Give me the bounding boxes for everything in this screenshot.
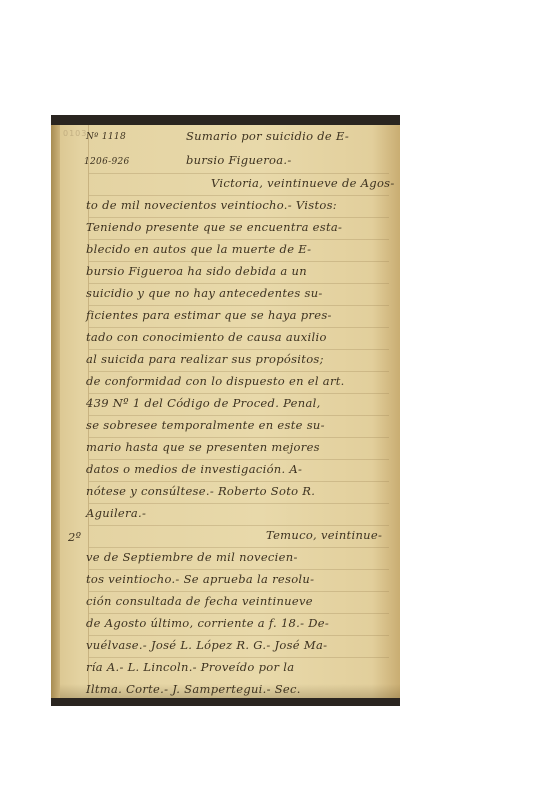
ruled-line <box>89 217 389 218</box>
body-line: mario hasta que se presenten mejores <box>86 440 320 454</box>
body-line: nótese y consúltese.- Roberto Soto R. <box>86 484 315 498</box>
page-binding-edge <box>51 125 60 698</box>
heading-line: Sumario por suicidio de E- <box>186 129 349 143</box>
ruled-line <box>89 327 389 328</box>
ruled-line <box>89 635 389 636</box>
second-entry-line: ría A.- L. Lincoln.- Proveído por la <box>86 660 294 674</box>
body-line: de conformidad con lo dispuesto en el ar… <box>86 374 345 388</box>
ruled-line <box>89 415 389 416</box>
ruled-line <box>89 195 389 196</box>
body-line: al suicida para realizar sus propósitos; <box>86 352 324 366</box>
ruled-line <box>89 657 389 658</box>
heading-line: bursio Figueroa.- <box>186 153 292 167</box>
ruled-line <box>89 283 389 284</box>
body-line: datos o medios de investigación. A- <box>86 462 302 476</box>
body-line: blecido en autos que la muerte de E- <box>86 242 311 256</box>
archive-stamp: 0103 <box>63 129 87 138</box>
body-line: se sobresee temporalmente en este su- <box>86 418 325 432</box>
ruled-line <box>89 503 389 504</box>
body-line: Teniendo presente que se encuentra esta- <box>86 220 342 234</box>
second-entry-line: tos veintiocho.- Se aprueba la resolu- <box>86 572 314 586</box>
body-line: Aguilera.- <box>86 506 146 520</box>
ruled-line <box>89 481 389 482</box>
file-reference: 1206-926 <box>84 157 130 167</box>
ruled-line <box>89 591 389 592</box>
ruled-line <box>89 305 389 306</box>
ruled-line <box>89 613 389 614</box>
body-line: ficientes para estimar que se haya pres- <box>86 308 332 322</box>
body-line: 439 Nº 1 del Código de Proced. Penal, <box>86 396 321 410</box>
ruled-line <box>89 239 389 240</box>
ruled-line <box>89 547 389 548</box>
body-line: Victoria, veintinueve de Agos- <box>211 176 395 190</box>
second-entry-line: vuélvase.- José L. López R. G.- José Ma- <box>86 638 327 652</box>
body-line: to de mil novecientos veintiocho.- Visto… <box>86 198 337 212</box>
ruled-line <box>89 173 389 174</box>
body-line: tado con conocimiento de causa auxilio <box>86 330 327 344</box>
ruled-line <box>89 525 389 526</box>
second-entry-marker: 2º <box>68 530 81 544</box>
ruled-line <box>89 349 389 350</box>
ruled-line <box>89 569 389 570</box>
body-line: bursio Figueroa ha sido debida a un <box>86 264 307 278</box>
second-entry-line: Temuco, veintinue- <box>266 528 382 542</box>
second-entry-line: Iltma. Corte.- J. Sampertegui.- Sec. <box>86 682 301 696</box>
document-photo: 0103 Nº 1118 1206-926 Sumario por suicid… <box>51 115 400 706</box>
ruled-line <box>89 437 389 438</box>
ruled-line <box>89 371 389 372</box>
second-entry-line: de Agosto último, corriente a f. 18.- De… <box>86 616 329 630</box>
entry-number: Nº 1118 <box>86 132 126 142</box>
ruled-line <box>89 393 389 394</box>
ruled-line <box>89 261 389 262</box>
second-entry-line: ción consultada de fecha veintinueve <box>86 594 313 608</box>
second-entry-line: ve de Septiembre de mil novecien- <box>86 550 298 564</box>
ruled-line <box>89 459 389 460</box>
body-line: suicidio y que no hay antecedentes su- <box>86 286 323 300</box>
